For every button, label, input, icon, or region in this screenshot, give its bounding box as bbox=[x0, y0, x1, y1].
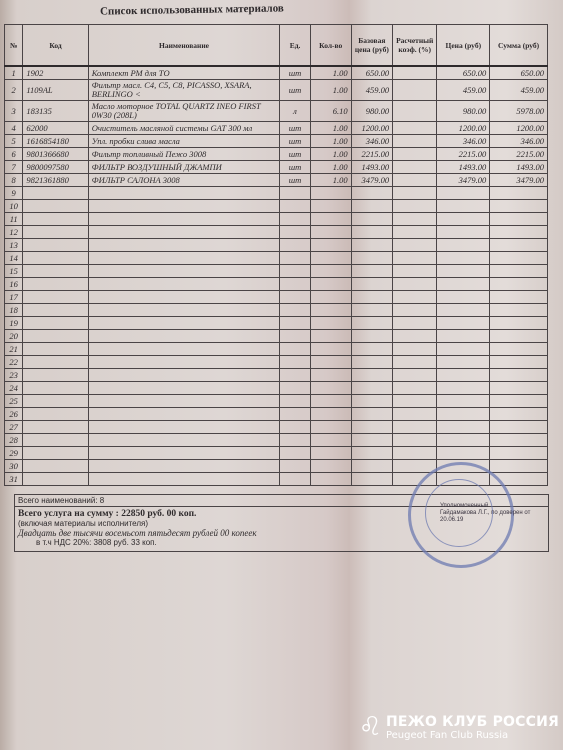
cell-coef bbox=[393, 304, 437, 317]
cell-price bbox=[437, 304, 490, 317]
cell-sum: 1200.00 bbox=[490, 122, 548, 135]
cell-unit bbox=[280, 200, 311, 213]
cell-code bbox=[23, 239, 88, 252]
cell-name bbox=[88, 252, 280, 265]
cell-code bbox=[23, 252, 88, 265]
cell-code bbox=[23, 460, 88, 473]
cell-coef bbox=[393, 187, 437, 200]
cell-unit bbox=[280, 408, 311, 421]
cell-n: 6 bbox=[5, 148, 23, 161]
cell-name bbox=[88, 460, 280, 473]
cell-coef bbox=[393, 382, 437, 395]
cell-sum bbox=[490, 395, 548, 408]
cell-n: 13 bbox=[5, 239, 23, 252]
cell-coef bbox=[393, 330, 437, 343]
cell-base bbox=[351, 408, 392, 421]
cell-base bbox=[351, 239, 392, 252]
table-row: 11902Комплект РМ для ТОшт1.00650.00650.0… bbox=[5, 66, 548, 80]
cell-name bbox=[88, 291, 280, 304]
cell-sum: 3479.00 bbox=[490, 174, 548, 187]
cell-n: 27 bbox=[5, 421, 23, 434]
cell-sum bbox=[490, 317, 548, 330]
cell-qty: 1.00 bbox=[310, 80, 351, 101]
table-row: 3183135Масло моторное TOTAL QUARTZ INEO … bbox=[5, 101, 548, 122]
cell-price bbox=[437, 330, 490, 343]
cell-base bbox=[351, 369, 392, 382]
cell-n: 1 bbox=[5, 66, 23, 80]
cell-code bbox=[23, 369, 88, 382]
cell-qty: 1.00 bbox=[310, 122, 351, 135]
cell-sum bbox=[490, 265, 548, 278]
cell-unit: шт bbox=[280, 122, 311, 135]
cell-qty bbox=[310, 239, 351, 252]
cell-n: 11 bbox=[5, 213, 23, 226]
cell-code bbox=[23, 304, 88, 317]
cell-name bbox=[88, 343, 280, 356]
cell-code bbox=[23, 421, 88, 434]
table-row-empty: 19 bbox=[5, 317, 548, 330]
cell-code bbox=[23, 343, 88, 356]
cell-name: ФИЛЬТР ВОЗДУШНЫЙ ДЖАМПИ bbox=[88, 161, 280, 174]
cell-qty: 1.00 bbox=[310, 148, 351, 161]
cell-unit bbox=[280, 343, 311, 356]
cell-coef bbox=[393, 226, 437, 239]
table-row-empty: 13 bbox=[5, 239, 548, 252]
cell-n: 22 bbox=[5, 356, 23, 369]
cell-base bbox=[351, 382, 392, 395]
cell-code bbox=[23, 187, 88, 200]
cell-n: 12 bbox=[5, 226, 23, 239]
cell-unit bbox=[280, 369, 311, 382]
table-row: 21109ALФильтр масл. С4, С5, С8, PICASSO,… bbox=[5, 80, 548, 101]
cell-coef bbox=[393, 174, 437, 187]
cell-coef bbox=[393, 395, 437, 408]
materials-table: №КодНаименованиеЕд.Кол-воБазовая цена (р… bbox=[4, 24, 548, 486]
table-row-empty: 11 bbox=[5, 213, 548, 226]
cell-name bbox=[88, 265, 280, 278]
cell-coef bbox=[393, 265, 437, 278]
cell-sum: 2215.00 bbox=[490, 148, 548, 161]
table-row-empty: 18 bbox=[5, 304, 548, 317]
cell-name bbox=[88, 369, 280, 382]
cell-code: 9800097580 bbox=[23, 161, 88, 174]
cell-unit bbox=[280, 382, 311, 395]
cell-unit: шт bbox=[280, 174, 311, 187]
cell-price bbox=[437, 356, 490, 369]
cell-code bbox=[23, 200, 88, 213]
cell-unit: л bbox=[280, 101, 311, 122]
cell-sum bbox=[490, 356, 548, 369]
cell-qty bbox=[310, 330, 351, 343]
cell-qty bbox=[310, 317, 351, 330]
table-body: 11902Комплект РМ для ТОшт1.00650.00650.0… bbox=[5, 66, 548, 486]
cell-code bbox=[23, 395, 88, 408]
cell-coef bbox=[393, 317, 437, 330]
cell-unit bbox=[280, 304, 311, 317]
cell-base bbox=[351, 278, 392, 291]
cell-price: 650.00 bbox=[437, 66, 490, 80]
cell-unit bbox=[280, 278, 311, 291]
signer-role: Уполномоченный bbox=[440, 503, 530, 510]
cell-qty bbox=[310, 382, 351, 395]
cell-n: 20 bbox=[5, 330, 23, 343]
cell-qty bbox=[310, 304, 351, 317]
cell-coef bbox=[393, 291, 437, 304]
table-row-empty: 25 bbox=[5, 395, 548, 408]
cell-n: 10 bbox=[5, 200, 23, 213]
cell-qty bbox=[310, 408, 351, 421]
cell-sum: 1493.00 bbox=[490, 161, 548, 174]
column-header: Цена (руб) bbox=[437, 25, 490, 67]
cell-code bbox=[23, 447, 88, 460]
table-row: 462000Очиститель масляной системы GAT 30… bbox=[5, 122, 548, 135]
cell-name bbox=[88, 226, 280, 239]
document-title: Список использованных материалов bbox=[100, 2, 284, 17]
cell-sum bbox=[490, 421, 548, 434]
cell-n: 2 bbox=[5, 80, 23, 101]
cell-name bbox=[88, 317, 280, 330]
cell-base: 2215.00 bbox=[351, 148, 392, 161]
cell-price bbox=[437, 382, 490, 395]
cell-base bbox=[351, 291, 392, 304]
cell-unit: шт bbox=[280, 66, 311, 80]
cell-price: 3479.00 bbox=[437, 174, 490, 187]
cell-code bbox=[23, 473, 88, 486]
cell-name bbox=[88, 278, 280, 291]
cell-unit bbox=[280, 460, 311, 473]
column-header: Базовая цена (руб) bbox=[351, 25, 392, 67]
cell-base bbox=[351, 213, 392, 226]
cell-price bbox=[437, 200, 490, 213]
cell-code: 183135 bbox=[23, 101, 88, 122]
table-row-empty: 17 bbox=[5, 291, 548, 304]
cell-name: Фильтр масл. С4, С5, С8, PICASSO, XSARA,… bbox=[88, 80, 280, 101]
cell-price: 1493.00 bbox=[437, 161, 490, 174]
cell-base bbox=[351, 187, 392, 200]
cell-coef bbox=[393, 200, 437, 213]
cell-price bbox=[437, 421, 490, 434]
cell-name bbox=[88, 200, 280, 213]
cell-n: 15 bbox=[5, 265, 23, 278]
cell-price bbox=[437, 252, 490, 265]
cell-qty bbox=[310, 213, 351, 226]
table-row: 79800097580ФИЛЬТР ВОЗДУШНЫЙ ДЖАМПИшт1.00… bbox=[5, 161, 548, 174]
watermark: ♌ ПЕЖО КЛУБ РОССИЯ Peugeot Fan Club Russ… bbox=[359, 712, 559, 742]
cell-qty bbox=[310, 278, 351, 291]
cell-code bbox=[23, 408, 88, 421]
cell-sum bbox=[490, 382, 548, 395]
cell-sum bbox=[490, 408, 548, 421]
cell-code: 62000 bbox=[23, 122, 88, 135]
cell-base bbox=[351, 395, 392, 408]
cell-price: 2215.00 bbox=[437, 148, 490, 161]
cell-name bbox=[88, 473, 280, 486]
column-header: Кол-во bbox=[310, 25, 351, 67]
cell-coef bbox=[393, 239, 437, 252]
cell-code bbox=[23, 291, 88, 304]
table-row-empty: 27 bbox=[5, 421, 548, 434]
table-row: 51616854180Упл. пробки слива маслашт1.00… bbox=[5, 135, 548, 148]
cell-code: 1616854180 bbox=[23, 135, 88, 148]
cell-code: 9801366680 bbox=[23, 148, 88, 161]
table-row-empty: 9 bbox=[5, 187, 548, 200]
cell-code: 9821361880 bbox=[23, 174, 88, 187]
cell-n: 28 bbox=[5, 434, 23, 447]
cell-sum bbox=[490, 447, 548, 460]
table-row-empty: 26 bbox=[5, 408, 548, 421]
cell-qty bbox=[310, 252, 351, 265]
cell-code: 1902 bbox=[23, 66, 88, 80]
cell-price bbox=[437, 265, 490, 278]
cell-coef bbox=[393, 408, 437, 421]
cell-n: 23 bbox=[5, 369, 23, 382]
cell-unit bbox=[280, 395, 311, 408]
cell-unit bbox=[280, 213, 311, 226]
cell-n: 16 bbox=[5, 278, 23, 291]
cell-qty: 1.00 bbox=[310, 66, 351, 80]
cell-qty: 1.00 bbox=[310, 174, 351, 187]
cell-unit bbox=[280, 447, 311, 460]
signer-date: 20.06.19 bbox=[440, 517, 530, 524]
cell-unit bbox=[280, 291, 311, 304]
watermark-title: ПЕЖО КЛУБ РОССИЯ bbox=[386, 714, 559, 730]
cell-n: 25 bbox=[5, 395, 23, 408]
cell-sum bbox=[490, 252, 548, 265]
cell-coef bbox=[393, 421, 437, 434]
cell-base bbox=[351, 473, 392, 486]
cell-qty bbox=[310, 434, 351, 447]
cell-n: 3 bbox=[5, 101, 23, 122]
table-row-empty: 29 bbox=[5, 447, 548, 460]
cell-qty bbox=[310, 369, 351, 382]
cell-unit bbox=[280, 356, 311, 369]
cell-coef bbox=[393, 447, 437, 460]
cell-qty bbox=[310, 226, 351, 239]
cell-code bbox=[23, 382, 88, 395]
cell-base bbox=[351, 330, 392, 343]
column-header: Расчетный коэф. (%) bbox=[393, 25, 437, 67]
cell-base bbox=[351, 460, 392, 473]
cell-base: 1493.00 bbox=[351, 161, 392, 174]
cell-name: Комплект РМ для ТО bbox=[88, 66, 280, 80]
cell-qty bbox=[310, 421, 351, 434]
cell-n: 31 bbox=[5, 473, 23, 486]
cell-code bbox=[23, 330, 88, 343]
cell-base: 980.00 bbox=[351, 101, 392, 122]
document-page: Список использованных материалов №КодНаи… bbox=[0, 0, 563, 750]
cell-base bbox=[351, 317, 392, 330]
cell-name: ФИЛЬТР САЛОНА 3008 bbox=[88, 174, 280, 187]
cell-base bbox=[351, 421, 392, 434]
cell-qty bbox=[310, 200, 351, 213]
cell-price bbox=[437, 369, 490, 382]
table-row-empty: 10 bbox=[5, 200, 548, 213]
table-row-empty: 12 bbox=[5, 226, 548, 239]
cell-unit bbox=[280, 252, 311, 265]
cell-unit bbox=[280, 226, 311, 239]
cell-code bbox=[23, 278, 88, 291]
cell-price: 1200.00 bbox=[437, 122, 490, 135]
cell-sum: 650.00 bbox=[490, 66, 548, 80]
cell-coef bbox=[393, 252, 437, 265]
cell-n: 26 bbox=[5, 408, 23, 421]
cell-coef bbox=[393, 122, 437, 135]
cell-unit bbox=[280, 473, 311, 486]
cell-price bbox=[437, 239, 490, 252]
cell-qty bbox=[310, 395, 351, 408]
cell-n: 18 bbox=[5, 304, 23, 317]
cell-name bbox=[88, 213, 280, 226]
cell-name: Фильтр топливный Пежо 3008 bbox=[88, 148, 280, 161]
cell-price bbox=[437, 278, 490, 291]
cell-sum bbox=[490, 330, 548, 343]
cell-qty bbox=[310, 291, 351, 304]
cell-price bbox=[437, 226, 490, 239]
cell-qty bbox=[310, 447, 351, 460]
cell-sum bbox=[490, 369, 548, 382]
cell-n: 24 bbox=[5, 382, 23, 395]
table-row: 69801366680Фильтр топливный Пежо 3008шт1… bbox=[5, 148, 548, 161]
cell-price bbox=[437, 408, 490, 421]
cell-price bbox=[437, 317, 490, 330]
cell-coef bbox=[393, 343, 437, 356]
cell-name bbox=[88, 447, 280, 460]
cell-name bbox=[88, 187, 280, 200]
cell-sum bbox=[490, 434, 548, 447]
cell-unit bbox=[280, 421, 311, 434]
cell-base bbox=[351, 447, 392, 460]
cell-qty: 6.10 bbox=[310, 101, 351, 122]
cell-unit: шт bbox=[280, 135, 311, 148]
cell-base: 3479.00 bbox=[351, 174, 392, 187]
cell-qty bbox=[310, 473, 351, 486]
cell-base bbox=[351, 304, 392, 317]
cell-sum bbox=[490, 343, 548, 356]
signer-name: Гайдамакова Л.Г., по доверен от bbox=[440, 510, 530, 517]
table-row-empty: 15 bbox=[5, 265, 548, 278]
cell-coef bbox=[393, 213, 437, 226]
column-header: Сумма (руб) bbox=[490, 25, 548, 67]
cell-coef bbox=[393, 148, 437, 161]
cell-coef bbox=[393, 434, 437, 447]
cell-sum: 459.00 bbox=[490, 80, 548, 101]
cell-unit: шт bbox=[280, 148, 311, 161]
cell-coef bbox=[393, 80, 437, 101]
cell-code bbox=[23, 434, 88, 447]
cell-base bbox=[351, 343, 392, 356]
table-row-empty: 23 bbox=[5, 369, 548, 382]
cell-n: 8 bbox=[5, 174, 23, 187]
cell-qty bbox=[310, 460, 351, 473]
cell-qty bbox=[310, 356, 351, 369]
column-header: № bbox=[5, 25, 23, 67]
cell-n: 5 bbox=[5, 135, 23, 148]
cell-sum bbox=[490, 200, 548, 213]
cell-coef bbox=[393, 135, 437, 148]
cell-code bbox=[23, 226, 88, 239]
cell-code bbox=[23, 356, 88, 369]
cell-base: 459.00 bbox=[351, 80, 392, 101]
cell-base: 650.00 bbox=[351, 66, 392, 80]
table-header: №КодНаименованиеЕд.Кол-воБазовая цена (р… bbox=[5, 25, 548, 67]
cell-unit bbox=[280, 265, 311, 278]
cell-unit bbox=[280, 187, 311, 200]
cell-coef bbox=[393, 356, 437, 369]
cell-base bbox=[351, 265, 392, 278]
cell-n: 4 bbox=[5, 122, 23, 135]
cell-name bbox=[88, 395, 280, 408]
cell-price bbox=[437, 434, 490, 447]
cell-price bbox=[437, 447, 490, 460]
cell-name bbox=[88, 408, 280, 421]
cell-price: 459.00 bbox=[437, 80, 490, 101]
cell-coef bbox=[393, 161, 437, 174]
cell-sum: 346.00 bbox=[490, 135, 548, 148]
cell-sum bbox=[490, 213, 548, 226]
cell-sum bbox=[490, 239, 548, 252]
cell-qty: 1.00 bbox=[310, 161, 351, 174]
cell-unit bbox=[280, 317, 311, 330]
table-row-empty: 21 bbox=[5, 343, 548, 356]
table-row-empty: 24 bbox=[5, 382, 548, 395]
column-header: Код bbox=[23, 25, 88, 67]
cell-n: 30 bbox=[5, 460, 23, 473]
cell-code bbox=[23, 317, 88, 330]
cell-coef bbox=[393, 101, 437, 122]
cell-name bbox=[88, 421, 280, 434]
cell-name bbox=[88, 330, 280, 343]
cell-name bbox=[88, 382, 280, 395]
table-row-empty: 16 bbox=[5, 278, 548, 291]
peugeot-lion-icon: ♌ bbox=[359, 712, 382, 742]
cell-unit bbox=[280, 239, 311, 252]
cell-code bbox=[23, 213, 88, 226]
cell-qty bbox=[310, 265, 351, 278]
cell-base: 1200.00 bbox=[351, 122, 392, 135]
cell-sum: 5978.00 bbox=[490, 101, 548, 122]
cell-sum bbox=[490, 460, 548, 473]
signer-block: Уполномоченный Гайдамакова Л.Г., по дове… bbox=[440, 503, 530, 524]
cell-name: Очиститель масляной системы GAT 300 мл bbox=[88, 122, 280, 135]
cell-n: 29 bbox=[5, 447, 23, 460]
cell-n: 17 bbox=[5, 291, 23, 304]
cell-n: 19 bbox=[5, 317, 23, 330]
cell-sum bbox=[490, 226, 548, 239]
table-row: 89821361880ФИЛЬТР САЛОНА 3008шт1.003479.… bbox=[5, 174, 548, 187]
cell-n: 9 bbox=[5, 187, 23, 200]
table-row-empty: 14 bbox=[5, 252, 548, 265]
cell-qty: 1.00 bbox=[310, 135, 351, 148]
cell-base: 346.00 bbox=[351, 135, 392, 148]
cell-sum bbox=[490, 278, 548, 291]
cell-n: 14 bbox=[5, 252, 23, 265]
table-row-empty: 20 bbox=[5, 330, 548, 343]
cell-unit: шт bbox=[280, 161, 311, 174]
table-row-empty: 28 bbox=[5, 434, 548, 447]
cell-sum bbox=[490, 291, 548, 304]
cell-price bbox=[437, 343, 490, 356]
cell-base bbox=[351, 200, 392, 213]
cell-unit bbox=[280, 330, 311, 343]
cell-n: 7 bbox=[5, 161, 23, 174]
cell-sum bbox=[490, 304, 548, 317]
cell-code bbox=[23, 265, 88, 278]
column-header: Наименование bbox=[88, 25, 280, 67]
cell-unit: шт bbox=[280, 80, 311, 101]
cell-code: 1109AL bbox=[23, 80, 88, 101]
cell-name bbox=[88, 434, 280, 447]
cell-base bbox=[351, 226, 392, 239]
